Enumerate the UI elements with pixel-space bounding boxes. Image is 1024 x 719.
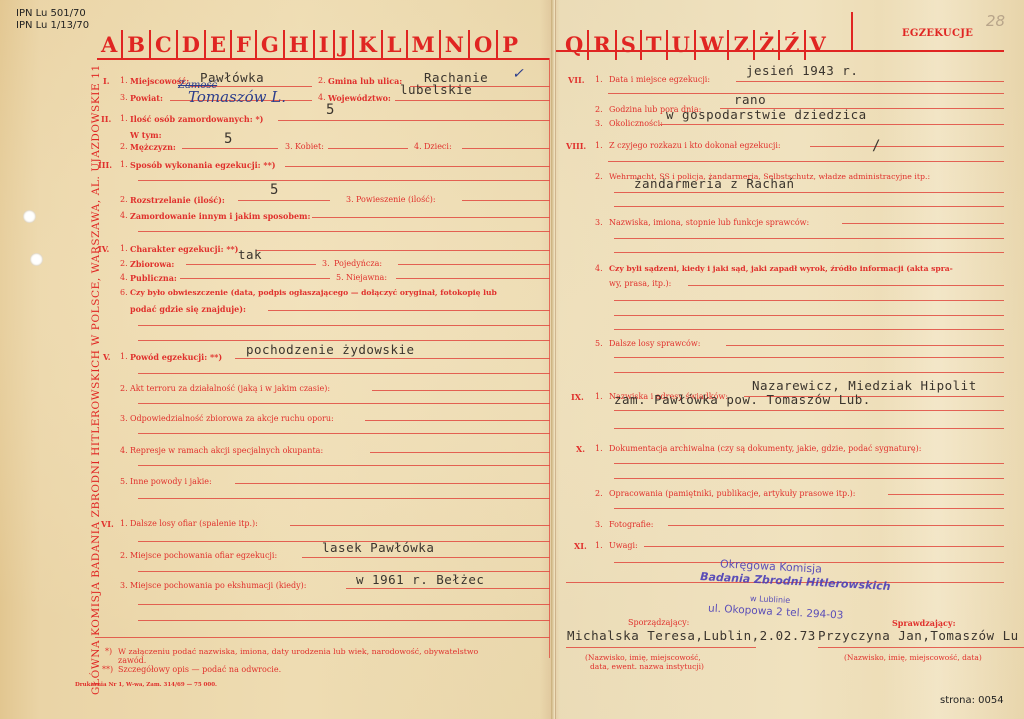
input-line bbox=[614, 357, 1004, 358]
reason-field: pochodzenie żydowskie bbox=[246, 342, 415, 357]
input-line bbox=[395, 100, 550, 101]
execution-date-field: jesień 1943 r. bbox=[746, 63, 858, 78]
input-line bbox=[138, 620, 550, 621]
input-line bbox=[614, 206, 1004, 207]
field-label: Z czyjego rozkazu i kto dokonał egzekucj… bbox=[609, 141, 781, 150]
prepared-by-field: Michalska Teresa,Lublin,2.02.73 bbox=[567, 628, 816, 643]
section-number: I. bbox=[103, 76, 110, 86]
field-label: Pojedyńcza: bbox=[334, 259, 382, 268]
field-label: Dokumentacja archiwalna (czy są dokument… bbox=[609, 444, 921, 453]
input-line bbox=[138, 465, 550, 466]
header-rule-right bbox=[556, 50, 1004, 52]
field-number: 5. bbox=[120, 477, 128, 486]
alphabet-letter: Z bbox=[729, 30, 754, 60]
field-number: 3. bbox=[120, 581, 128, 590]
section-number: IV. bbox=[98, 244, 109, 254]
input-line bbox=[238, 200, 330, 201]
input-line bbox=[256, 250, 550, 251]
input-line bbox=[614, 410, 1004, 411]
input-line bbox=[268, 310, 550, 311]
alphabet-letter: R bbox=[589, 30, 616, 60]
alphabet-index-right: Q R S T U W Z Ż Ź V bbox=[561, 22, 830, 60]
input-line bbox=[614, 372, 1004, 373]
input-line bbox=[138, 180, 550, 181]
input-line bbox=[235, 483, 550, 484]
section-number: XI. bbox=[574, 541, 587, 551]
witnesses-field-line2: zam. Pawłówka pow. Tomaszów Lub. bbox=[614, 392, 871, 407]
field-label: Ilość osób zamordowanych: *) bbox=[130, 114, 263, 124]
field-label: Okoliczności: bbox=[609, 119, 663, 128]
input-line bbox=[668, 525, 1004, 526]
alphabet-letter: H bbox=[285, 30, 315, 60]
input-line bbox=[138, 604, 550, 605]
field-number: 2. bbox=[120, 259, 128, 268]
input-line bbox=[810, 146, 1004, 147]
field-label: Charakter egzekucji: **) bbox=[130, 244, 238, 254]
field-label: Zamordowanie innym i jakim sposobem: bbox=[130, 211, 310, 221]
input-line bbox=[842, 223, 1004, 224]
alphabet-letter: W bbox=[696, 30, 730, 60]
exhumation-field: w 1961 r. Bełżec bbox=[356, 572, 484, 587]
field-number: 2. bbox=[120, 551, 128, 560]
field-number: 3. bbox=[285, 142, 293, 151]
field-label: W tym: bbox=[130, 130, 162, 140]
input-line bbox=[365, 420, 550, 421]
collective-field: tak bbox=[238, 247, 262, 262]
input-line bbox=[614, 463, 1004, 464]
witnesses-field-line1: Nazarewicz, Miedziak Hipolit bbox=[752, 378, 977, 393]
input-line bbox=[372, 390, 550, 391]
field-label: Dzieci: bbox=[424, 142, 452, 151]
field-number: 2. bbox=[120, 384, 128, 393]
field-label: Data i miejsce egzekucji: bbox=[609, 75, 710, 84]
input-line bbox=[370, 452, 550, 453]
field-label: Powieszenie (ilość): bbox=[356, 195, 436, 204]
field-label: Odpowiedzialność zbiorowa za akcje ruchu… bbox=[130, 414, 334, 423]
input-line bbox=[182, 148, 278, 149]
page-footer: strona: 0054 bbox=[940, 695, 1004, 706]
field-label: wy, prasa, itp.): bbox=[609, 279, 671, 288]
input-line bbox=[396, 278, 550, 279]
form-title: EGZEKUCJE bbox=[902, 28, 973, 39]
perpetrator-unit-field: żandarmeria z Rachań bbox=[634, 176, 795, 191]
input-line bbox=[614, 428, 1004, 429]
input-line bbox=[278, 120, 550, 121]
input-line bbox=[614, 329, 1004, 330]
alphabet-letter: C bbox=[151, 30, 178, 60]
field-number: 2. bbox=[595, 105, 603, 114]
field-label: Powód egzekucji: **) bbox=[130, 352, 222, 362]
order-mark: / bbox=[872, 138, 881, 154]
field-number: 5. bbox=[336, 273, 344, 282]
field-label: Czy było obwieszczenie (data, podpis ogł… bbox=[130, 288, 497, 297]
field-label: Kobiet: bbox=[295, 142, 324, 151]
punch-hole-icon bbox=[23, 210, 36, 223]
field-label: Województwo: bbox=[328, 93, 391, 103]
alphabet-letter: T bbox=[642, 30, 668, 60]
checked-by-label: Sprawdzający: bbox=[892, 618, 956, 628]
input-line bbox=[180, 278, 330, 279]
section-number: X. bbox=[576, 444, 585, 454]
field-number: 1. bbox=[120, 352, 128, 361]
input-line bbox=[608, 93, 1004, 94]
commission-vertical-text: GŁÓWNA KOMISJA BADANIA ZBRODNI HITLEROWS… bbox=[90, 64, 102, 695]
input-line bbox=[660, 124, 1004, 125]
field-number: 1. bbox=[120, 519, 128, 528]
field-number: 1. bbox=[120, 244, 128, 253]
input-line bbox=[138, 433, 550, 434]
input-line bbox=[138, 373, 550, 374]
burial-place-field: lasek Pawłówka bbox=[322, 540, 434, 555]
field-label: Miejsce pochowania po ekshumacji (kiedy)… bbox=[130, 581, 306, 590]
alphabet-letter: O bbox=[470, 30, 498, 60]
field-number: 3. bbox=[595, 119, 603, 128]
field-label: Czy byli sądzeni, kiedy i jaki sąd, jaki… bbox=[609, 264, 953, 273]
input-line bbox=[186, 264, 316, 265]
signature-line bbox=[818, 647, 1024, 648]
input-line bbox=[614, 300, 1004, 301]
section-number: VI. bbox=[101, 519, 114, 529]
input-line bbox=[138, 231, 550, 232]
field-number: 1. bbox=[120, 76, 128, 85]
field-label: Fotografie: bbox=[609, 520, 653, 529]
voivodeship-field: lubelskie bbox=[400, 82, 472, 97]
input-line bbox=[138, 498, 550, 499]
field-number: 1. bbox=[595, 444, 603, 453]
alphabet-letter: A bbox=[97, 30, 123, 60]
field-number: 2. bbox=[318, 76, 326, 85]
field-number: 2. bbox=[120, 195, 128, 204]
center-fold-line bbox=[555, 0, 556, 719]
field-number: 2. bbox=[120, 142, 128, 151]
header-divider bbox=[851, 12, 853, 52]
alphabet-letter: Ż bbox=[755, 30, 780, 60]
printer-note: Drukarnia Nr 1, W-wa, Zam. 314/69 — 75 0… bbox=[75, 682, 217, 688]
checked-by-field: Przyczyna Jan,Tomaszów Lu bbox=[818, 628, 1019, 643]
field-label: Inne powody i jakie: bbox=[130, 477, 212, 486]
field-label: podać gdzie się znajduje): bbox=[130, 304, 246, 314]
prepared-by-label: Sporządzający: bbox=[628, 618, 689, 627]
field-label: Represje w ramach akcji specjalnych okup… bbox=[130, 446, 323, 455]
input-line bbox=[285, 166, 550, 167]
footnote-text: W załączeniu podać nazwiska, imiona, dat… bbox=[118, 647, 478, 656]
field-label: Sposób wykonania egzekucji: **) bbox=[130, 160, 276, 170]
field-label: Rozstrzelanie (ilość): bbox=[130, 195, 225, 205]
input-line bbox=[644, 546, 1004, 547]
alphabet-letter: U bbox=[668, 30, 696, 60]
input-line bbox=[138, 571, 550, 572]
input-line bbox=[614, 508, 1004, 509]
field-number: 4. bbox=[120, 446, 128, 455]
input-line bbox=[736, 81, 1004, 82]
input-line bbox=[614, 238, 1004, 239]
input-line bbox=[888, 494, 1004, 495]
input-line bbox=[462, 200, 550, 201]
section-number: VII. bbox=[568, 75, 584, 85]
alphabet-letter: I bbox=[315, 30, 335, 60]
field-number: 2. bbox=[595, 172, 603, 181]
field-number: 1. bbox=[595, 141, 603, 150]
footnote-mark: **) bbox=[102, 665, 113, 674]
field-number: 4. bbox=[595, 264, 603, 273]
footnote-text: Szczegółowy opis — podać na odwrocie. bbox=[118, 665, 281, 674]
men-count-field: 5 bbox=[224, 131, 233, 147]
alphabet-letter: Q bbox=[561, 30, 589, 60]
victims-count-field: 5 bbox=[326, 102, 335, 118]
input-line bbox=[398, 264, 550, 265]
field-number: 2. bbox=[595, 489, 603, 498]
alphabet-letter: G bbox=[257, 30, 285, 60]
field-number: 6. bbox=[120, 288, 128, 297]
archive-reference: IPN Lu 501/70 bbox=[16, 8, 86, 20]
alphabet-letter: B bbox=[123, 30, 151, 60]
field-label: Powiat: bbox=[130, 93, 163, 103]
field-number: 3. bbox=[346, 195, 354, 204]
input-line bbox=[138, 325, 550, 326]
field-label: Nazwiska, imiona, stopnie lub funkcje sp… bbox=[609, 218, 809, 227]
input-line bbox=[290, 525, 550, 526]
field-number: 3. bbox=[120, 414, 128, 423]
pencil-page-number: 28 bbox=[986, 12, 1005, 30]
section-number: III. bbox=[98, 160, 112, 170]
input-line bbox=[726, 345, 1004, 346]
alphabet-letter: Ź bbox=[780, 30, 805, 60]
field-label: Opracowania (pamiętniki, publikacje, art… bbox=[609, 489, 855, 498]
footnote-mark: *) bbox=[105, 647, 112, 656]
field-number: 3. bbox=[120, 93, 128, 102]
circumstances-field: w gospodarstwie dziedzica bbox=[666, 107, 867, 122]
alphabet-letter: D bbox=[178, 30, 206, 60]
alphabet-letter: F bbox=[232, 30, 257, 60]
field-label: Publiczna: bbox=[130, 273, 177, 283]
input-line bbox=[614, 252, 1004, 253]
field-number: 3. bbox=[595, 218, 603, 227]
field-label: Mężczyzn: bbox=[130, 142, 176, 152]
field-label: Uwagi: bbox=[609, 541, 638, 550]
prepared-by-note: data, ewent. nazwa instytucji) bbox=[590, 662, 704, 671]
field-label: Akt terroru za działalność (jaką i w jak… bbox=[130, 384, 330, 393]
input-line bbox=[608, 161, 1004, 162]
archive-reference: IPN Lu 1/13/70 bbox=[16, 20, 89, 32]
input-line bbox=[688, 285, 1004, 286]
section-number: V. bbox=[103, 352, 111, 362]
input-line bbox=[614, 315, 1004, 316]
input-line bbox=[462, 148, 550, 149]
input-line bbox=[312, 217, 550, 218]
field-number: 3. bbox=[322, 259, 330, 268]
section-number: II. bbox=[101, 114, 111, 124]
alphabet-letter: E bbox=[206, 30, 232, 60]
field-label: Gmina lub ulica: bbox=[328, 76, 402, 86]
input-line bbox=[235, 358, 550, 359]
field-label: Zbiorowa: bbox=[130, 259, 174, 269]
input-line bbox=[614, 192, 1004, 193]
field-number: 3. bbox=[595, 520, 603, 529]
alphabet-index-left: A B C D E F G H I J K L M N O P bbox=[97, 22, 522, 60]
alphabet-letter: N bbox=[441, 30, 470, 60]
field-label: Miejsce pochowania ofiar egzekucji: bbox=[130, 551, 277, 560]
checkmark-icon: ✓ bbox=[512, 66, 524, 82]
alphabet-letter: V bbox=[806, 30, 830, 60]
alphabet-letter: M bbox=[408, 30, 441, 60]
field-number: 4. bbox=[120, 211, 128, 220]
header-rule-left bbox=[97, 58, 549, 60]
prepared-by-note: (Nazwisko, imię, miejscowość, bbox=[585, 653, 701, 662]
field-label: Dalsze losy ofiar (spalenie itp.): bbox=[130, 519, 258, 528]
field-number: 1. bbox=[595, 392, 603, 401]
input-line bbox=[138, 340, 550, 341]
field-number: 1. bbox=[120, 114, 128, 123]
input-line bbox=[138, 403, 550, 404]
section-number: IX. bbox=[571, 392, 584, 402]
section-number: VIII. bbox=[566, 141, 586, 151]
footnote-text: zawód. bbox=[118, 656, 146, 665]
alphabet-letter: K bbox=[354, 30, 382, 60]
input-line bbox=[614, 478, 1004, 479]
input-line bbox=[302, 557, 550, 558]
alphabet-letter: J bbox=[335, 30, 355, 60]
field-number: 1. bbox=[595, 541, 603, 550]
field-number: 1. bbox=[120, 160, 128, 169]
field-number: 5. bbox=[595, 339, 603, 348]
signature-line bbox=[566, 647, 756, 648]
field-label: Dalsze losy sprawców: bbox=[609, 339, 700, 348]
field-number: 4. bbox=[414, 142, 422, 151]
checked-by-note: (Nazwisko, imię, miejscowość, data) bbox=[844, 653, 982, 662]
alphabet-letter: S bbox=[617, 30, 642, 60]
county-handwritten: Tomaszów L. bbox=[188, 88, 286, 106]
input-line bbox=[95, 637, 550, 638]
field-number: 4. bbox=[318, 93, 326, 102]
field-number: 4. bbox=[120, 273, 128, 282]
punch-hole-icon bbox=[30, 253, 43, 266]
field-label: Niejawna: bbox=[346, 273, 387, 282]
time-of-day-field: rano bbox=[734, 92, 766, 107]
input-line bbox=[328, 148, 408, 149]
alphabet-letter: P bbox=[498, 30, 522, 60]
input-line bbox=[346, 588, 550, 589]
alphabet-letter: L bbox=[383, 30, 408, 60]
field-number: 1. bbox=[595, 75, 603, 84]
shooting-count-field: 5 bbox=[270, 182, 279, 198]
